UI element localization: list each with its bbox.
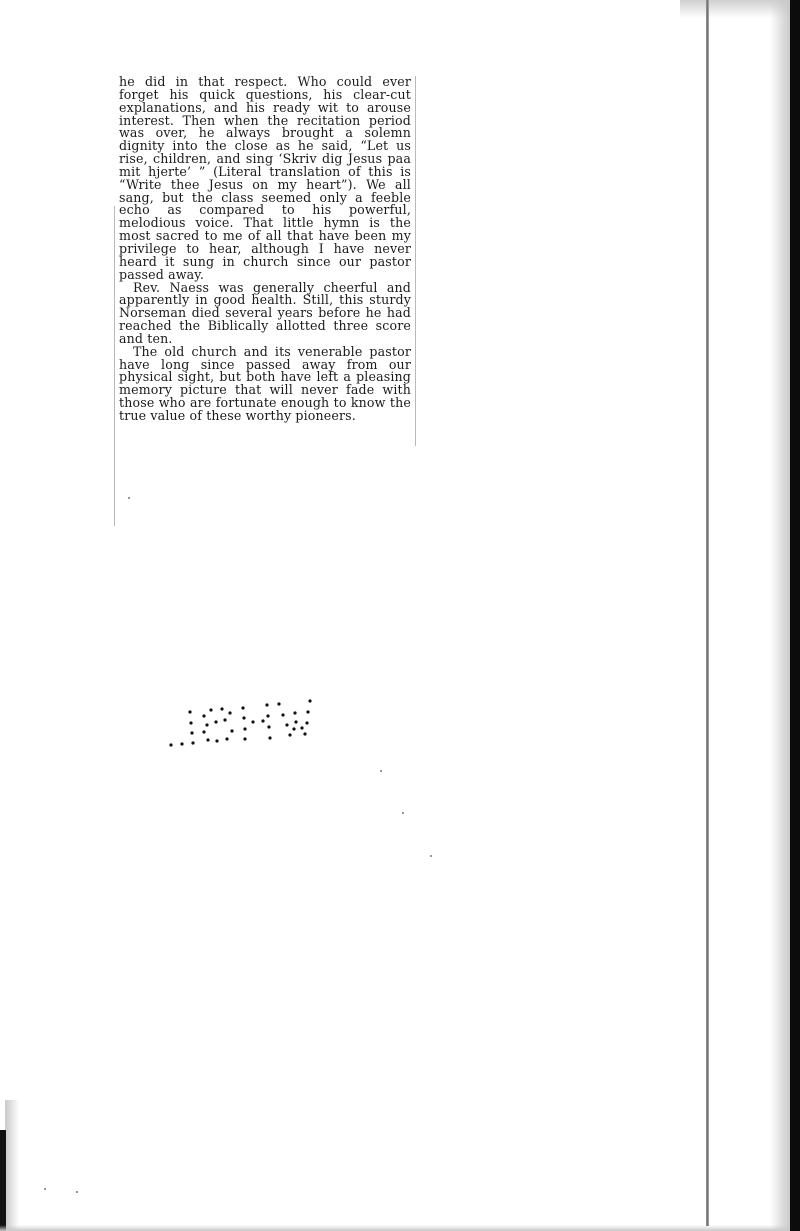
paragraph-3: The old church and its venerable pastor …: [119, 346, 411, 423]
perforation-dots-icon: [150, 680, 340, 760]
scanned-page: he did in that respect. Who could ever f…: [0, 0, 800, 1231]
perforated-stamp: [150, 680, 340, 760]
scan-left-shadow: [5, 1100, 19, 1231]
scan-speck: [76, 1191, 78, 1193]
scan-speck: [430, 855, 432, 857]
article-column: he did in that respect. Who could ever f…: [119, 76, 411, 423]
scan-bottom-shadow: [0, 1225, 800, 1231]
column-left-rule: [114, 206, 115, 526]
scan-speck: [380, 770, 382, 772]
paragraph-2: Rev. Naess was generally cheerful and ap…: [119, 282, 411, 346]
scan-left-edge: [0, 1130, 6, 1231]
scan-speck: [44, 1188, 46, 1190]
column-right-rule: [415, 76, 416, 446]
scan-right-edge: [790, 0, 800, 1231]
scan-right-shadow: [770, 0, 790, 1231]
paragraph-1: he did in that respect. Who could ever f…: [119, 76, 411, 282]
scan-speck: [402, 812, 404, 814]
scan-speck: [128, 497, 130, 499]
page-fold-line: [706, 0, 709, 1226]
